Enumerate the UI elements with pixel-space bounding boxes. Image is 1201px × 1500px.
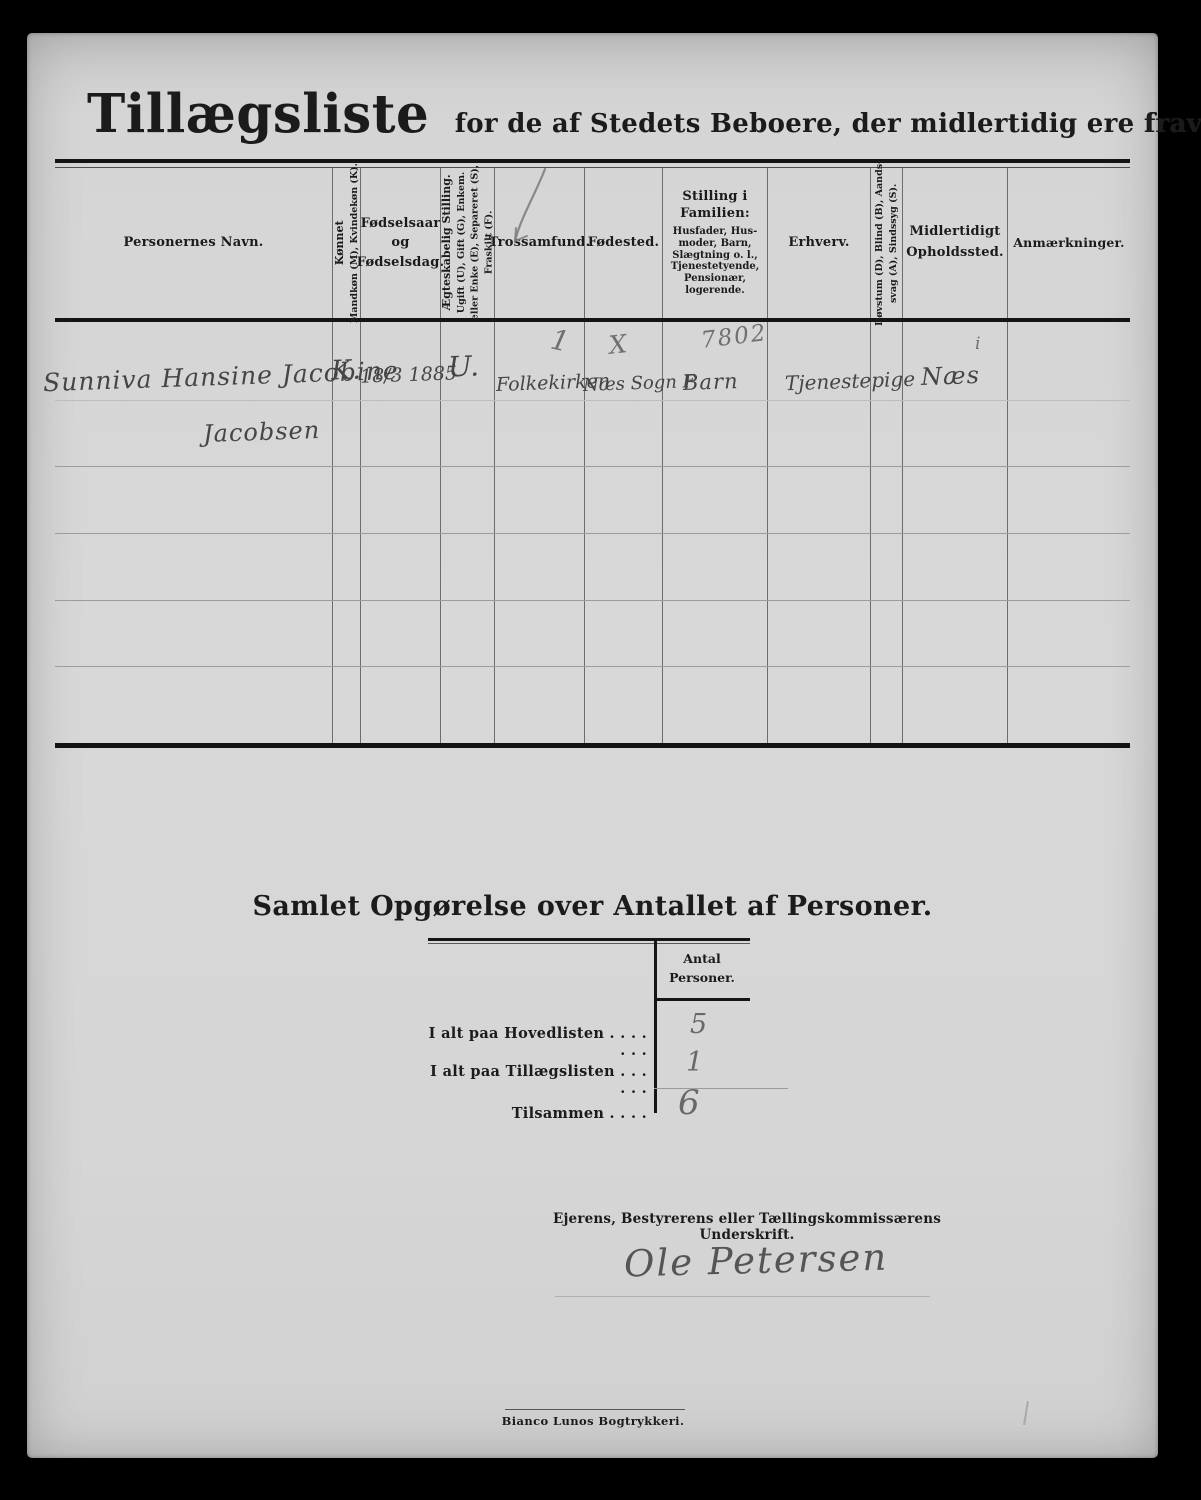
scan-background: { "colors": { "background": "#000000", "… <box>0 0 1201 1500</box>
header-label-disability: Døvstum (D), Blind (B), Aands- svag (A),… <box>873 160 901 326</box>
document-page: Tillægsliste for de af Stedets Beboere, … <box>27 33 1158 1458</box>
entry-name-line2: Jacobsen <box>203 416 321 448</box>
pencil-tick-mark: i <box>975 334 980 354</box>
signature-line <box>555 1296 930 1297</box>
row-line <box>55 600 1130 601</box>
header-label-sex: Kønnet Mandkøn (M), Kvindekøn (K). <box>332 163 362 323</box>
header-label-occupation: Erhverv. <box>788 233 849 253</box>
header-cell-disability: Døvstum (D), Blind (B), Aands- svag (A),… <box>870 168 902 318</box>
entry-occupation: Tjenestepige <box>785 367 916 396</box>
entry-birthdate: 18/3 1885 <box>360 362 458 387</box>
summary-antal-rule <box>654 998 750 1001</box>
pencil-stray-mark <box>1023 1401 1029 1425</box>
header-cell-residence: Midlertidigt Opholdssted. <box>902 168 1007 318</box>
summary-table: Antal Personer. I alt paa Hovedlisten . … <box>428 938 750 1110</box>
printer-footer: Bianco Lunos Bogtrykkeri. <box>485 1414 701 1428</box>
header-cell-birthplace: Fødested. <box>584 168 662 318</box>
row-line <box>55 533 1130 534</box>
page-subtitle: for de af Stedets Beboere, der midlertid… <box>455 109 1201 139</box>
header-cell-family: Stilling i Familien: Husfader, Hus- mode… <box>662 168 767 318</box>
pencil-cross-mark: X <box>608 329 629 360</box>
summary-antal-header: Antal Personer. <box>654 950 750 988</box>
header-label-birthplace: Fødested. <box>588 233 660 253</box>
row-line <box>55 466 1130 467</box>
summary-row-label: Tilsammen . . . . <box>428 1105 647 1122</box>
table-header-row: Personernes Navn. Kønnet Mandkøn (M), Kv… <box>55 168 1130 318</box>
summary-sum-rule <box>654 1088 788 1089</box>
header-cell-occupation: Erhverv. <box>767 168 870 318</box>
header-cell-birth: Fødselsaar og Fødselsdag. <box>360 168 440 318</box>
summary-top-rule <box>428 943 750 944</box>
summary-row-label: I alt paa Tillægslisten . . . . . . <box>428 1063 647 1097</box>
table-body: Sunniva Hansine Jacobine Jacobsen K. 18/… <box>55 322 1130 748</box>
entry-birthplace: Næs Sogn F <box>583 371 696 396</box>
row-line <box>55 666 1130 667</box>
entry-sex: K. <box>330 354 362 386</box>
entry-family-position: Barn <box>683 369 739 395</box>
summary-row-value: 5 <box>690 1009 708 1040</box>
entry-temporary-residence: Næs <box>921 361 981 391</box>
page-subtitle-regular: for de af Stedets Beboere, der midlertid… <box>455 109 1135 139</box>
summary-row-label: I alt paa Hovedlisten . . . . . . . <box>428 1025 647 1059</box>
header-label-remarks: Anmærkninger. <box>1013 234 1124 253</box>
summary-title: Samlet Opgørelse over Antallet af Person… <box>27 891 1158 922</box>
header-cell-remarks: Anmærkninger. <box>1007 168 1130 318</box>
footer-line <box>505 1409 685 1410</box>
signature-handwriting: Ole Petersen <box>623 1236 888 1286</box>
document-title-row: Tillægsliste for de af Stedets Beboere, … <box>87 83 1127 145</box>
pencil-arrow-mark <box>483 161 553 261</box>
header-cell-sex: Kønnet Mandkøn (M), Kvindekøn (K). <box>332 168 360 318</box>
header-cell-name: Personernes Navn. <box>55 168 332 318</box>
summary-row-value: 1 <box>686 1047 704 1078</box>
header-label-name: Personernes Navn. <box>124 233 264 253</box>
summary-row-value: 6 <box>678 1083 701 1123</box>
page-title: Tillægsliste <box>87 83 429 145</box>
entry-marital: U. <box>447 349 480 383</box>
page-subtitle-heavy: fraværende. <box>1144 109 1201 139</box>
census-table: Personernes Navn. Kønnet Mandkøn (M), Kv… <box>55 159 1130 748</box>
row-line <box>55 400 1130 401</box>
table-top-rule <box>55 159 1130 168</box>
